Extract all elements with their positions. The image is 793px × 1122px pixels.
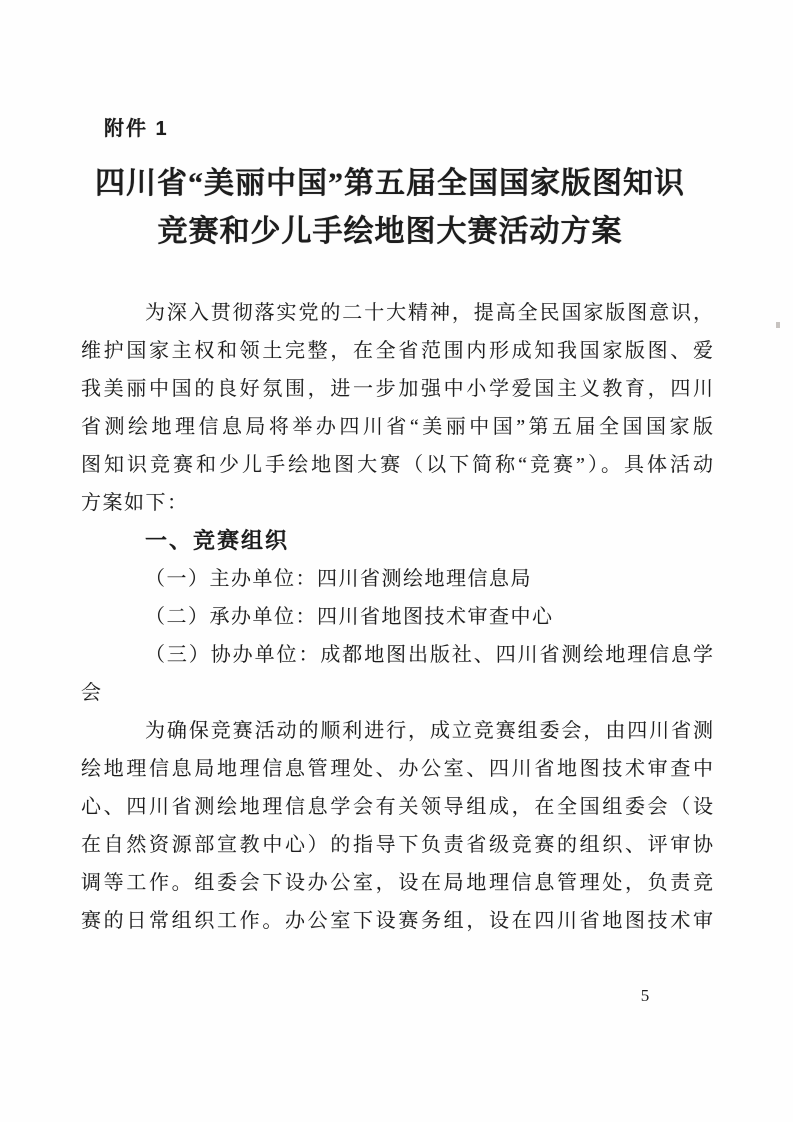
attachment-label: 附件 1	[104, 112, 169, 141]
title-line-2: 竞赛和少儿手绘地图大赛活动方案	[30, 208, 750, 256]
document-title: 四川省“美丽中国”第五届全国国家版图知识 竞赛和少儿手绘地图大赛活动方案	[30, 160, 750, 256]
text-line: 调等工作。组委会下设办公室，设在局地理信息管理处，负责竞	[81, 864, 713, 902]
text-line: 我美丽中国的良好氛围，进一步加强中小学爱国主义教育，四川	[81, 370, 713, 408]
text-line: 赛的日常组织工作。办公室下设赛务组，设在四川省地图技术审	[81, 902, 713, 940]
list-item: （三）协办单位：成都地图出版社、四川省测绘地理信息学	[81, 636, 713, 674]
scan-artifact	[776, 322, 780, 328]
list-item: （一）主办单位：四川省测绘地理信息局	[81, 560, 713, 598]
text-line: 方案如下：	[81, 484, 713, 522]
text-line: 在自然资源部宣教中心）的指导下负责省级竞赛的组织、评审协	[81, 826, 713, 864]
text-line: 绘地理信息局地理信息管理处、办公室、四川省地图技术审查中	[81, 750, 713, 788]
text-line: 心、四川省测绘地理信息学会有关领导组成，在全国组委会（设	[81, 788, 713, 826]
text-line: 图知识竞赛和少儿手绘地图大赛（以下简称“竞赛”）。具体活动	[81, 446, 713, 484]
document-body: 为深入贯彻落实党的二十大精神，提高全民国家版图意识， 维护国家主权和领土完整，在…	[81, 294, 713, 940]
text-line: 会	[81, 674, 713, 712]
page-number: 5	[630, 986, 660, 1006]
text-line: 省测绘地理信息局将举办四川省“美丽中国”第五届全国国家版	[81, 408, 713, 446]
text-line: 为深入贯彻落实党的二十大精神，提高全民国家版图意识，	[81, 294, 713, 332]
text-line: 为确保竞赛活动的顺利进行，成立竞赛组委会，由四川省测	[81, 712, 713, 750]
title-line-1: 四川省“美丽中国”第五届全国国家版图知识	[30, 160, 750, 208]
document-page: 附件 1 四川省“美丽中国”第五届全国国家版图知识 竞赛和少儿手绘地图大赛活动方…	[0, 0, 793, 1122]
list-item: （二）承办单位：四川省地图技术审查中心	[81, 598, 713, 636]
text-line: 维护国家主权和领土完整，在全省范围内形成知我国家版图、爱	[81, 332, 713, 370]
section-heading: 一、竞赛组织	[81, 522, 713, 560]
